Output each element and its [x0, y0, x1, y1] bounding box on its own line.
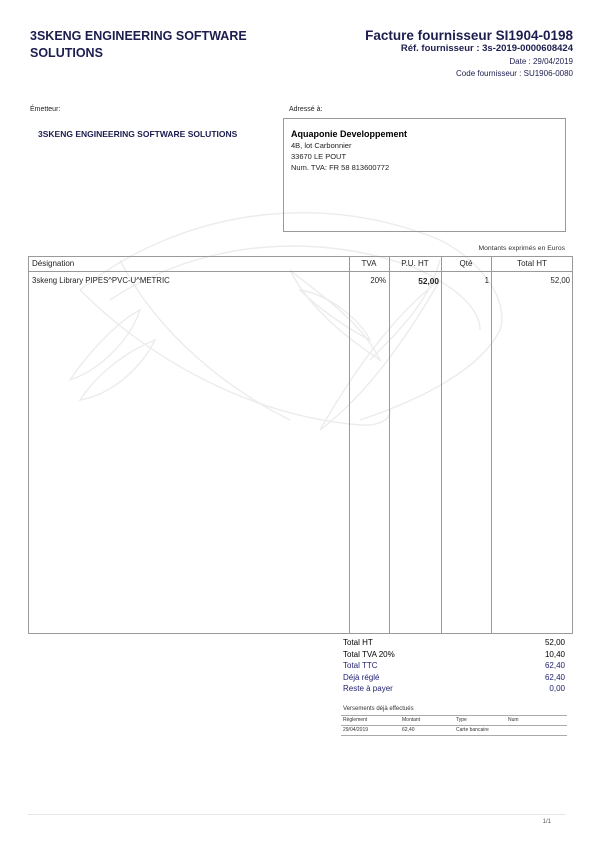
addressee-name: Aquaponie Developpement	[291, 129, 407, 139]
column-divider	[491, 257, 492, 633]
payments-table: Règlement Montant Type Num 29/04/2019 62…	[341, 715, 567, 736]
total-label: Total TTC	[343, 661, 378, 670]
line-unit-price: 52,00	[389, 276, 439, 286]
currency-note: Montants exprimés en Euros	[478, 245, 565, 252]
emitter-name: 3SKENG ENGINEERING SOFTWARE SOLUTIONS	[38, 128, 258, 140]
total-value: 62,40	[545, 673, 565, 682]
column-header-total: Total HT	[491, 259, 573, 268]
line-total: 52,00	[491, 276, 570, 285]
addressee-address-line2: 33670 LE POUT	[291, 152, 346, 161]
payment-type: Carte bancaire	[456, 727, 489, 733]
addressee-address-line1: 4B, lot Carbonnier	[291, 141, 351, 150]
column-header-designation: Désignation	[32, 259, 74, 268]
total-value: 0,00	[549, 684, 565, 693]
invoice-title: Facture fournisseur SI1904-0198	[365, 28, 573, 43]
line-designation: 3skeng Library PIPES^PVC-U^METRIC	[32, 276, 170, 285]
total-value: 10,40	[545, 650, 565, 659]
page-number: 1/1	[543, 819, 551, 825]
total-label: Total TVA 20%	[343, 650, 395, 659]
footer-divider	[28, 814, 566, 815]
invoice-lines-table: Désignation TVA P.U. HT Qté Total HT 3sk…	[28, 256, 573, 634]
total-value: 52,00	[545, 638, 565, 647]
invoice-date: Date : 29/04/2019	[509, 57, 573, 66]
supplier-reference: Réf. fournisseur : 3s-2019-0000608424	[401, 43, 573, 54]
payments-header-row: Règlement Montant Type Num	[341, 715, 567, 725]
payments-col-amount: Montant	[402, 717, 420, 723]
column-header-qty: Qté	[441, 259, 491, 268]
column-header-unit-price: P.U. HT	[389, 259, 441, 268]
column-divider	[441, 257, 442, 633]
column-divider	[349, 257, 350, 633]
supplier-code: Code fournisseur : SU1906-0080	[456, 69, 573, 78]
total-value: 62,40	[545, 661, 565, 670]
column-divider	[389, 257, 390, 633]
payment-amount: 62,40	[402, 727, 415, 733]
addressee-vat-number: Num. TVA: FR 58 813600772	[291, 163, 389, 172]
addressee-label: Adressé à:	[289, 106, 322, 113]
total-label: Reste à payer	[343, 684, 393, 693]
total-label: Déjà réglé	[343, 673, 379, 682]
payments-col-num: Num	[508, 717, 519, 723]
line-vat: 20%	[349, 276, 386, 285]
emitter-label: Émetteur:	[30, 106, 60, 113]
line-qty: 1	[441, 276, 489, 285]
total-label: Total HT	[343, 638, 373, 647]
payments-col-date: Règlement	[343, 717, 367, 723]
company-title: 3SKENG ENGINEERING SOFTWARE SOLUTIONS	[30, 28, 290, 62]
payment-date: 29/04/2019	[343, 727, 368, 733]
payments-col-type: Type	[456, 717, 467, 723]
payment-row: 29/04/2019 62,40 Carte bancaire	[341, 725, 567, 736]
column-header-vat: TVA	[349, 259, 389, 268]
payments-title: Versements déjà effectués	[343, 706, 414, 712]
